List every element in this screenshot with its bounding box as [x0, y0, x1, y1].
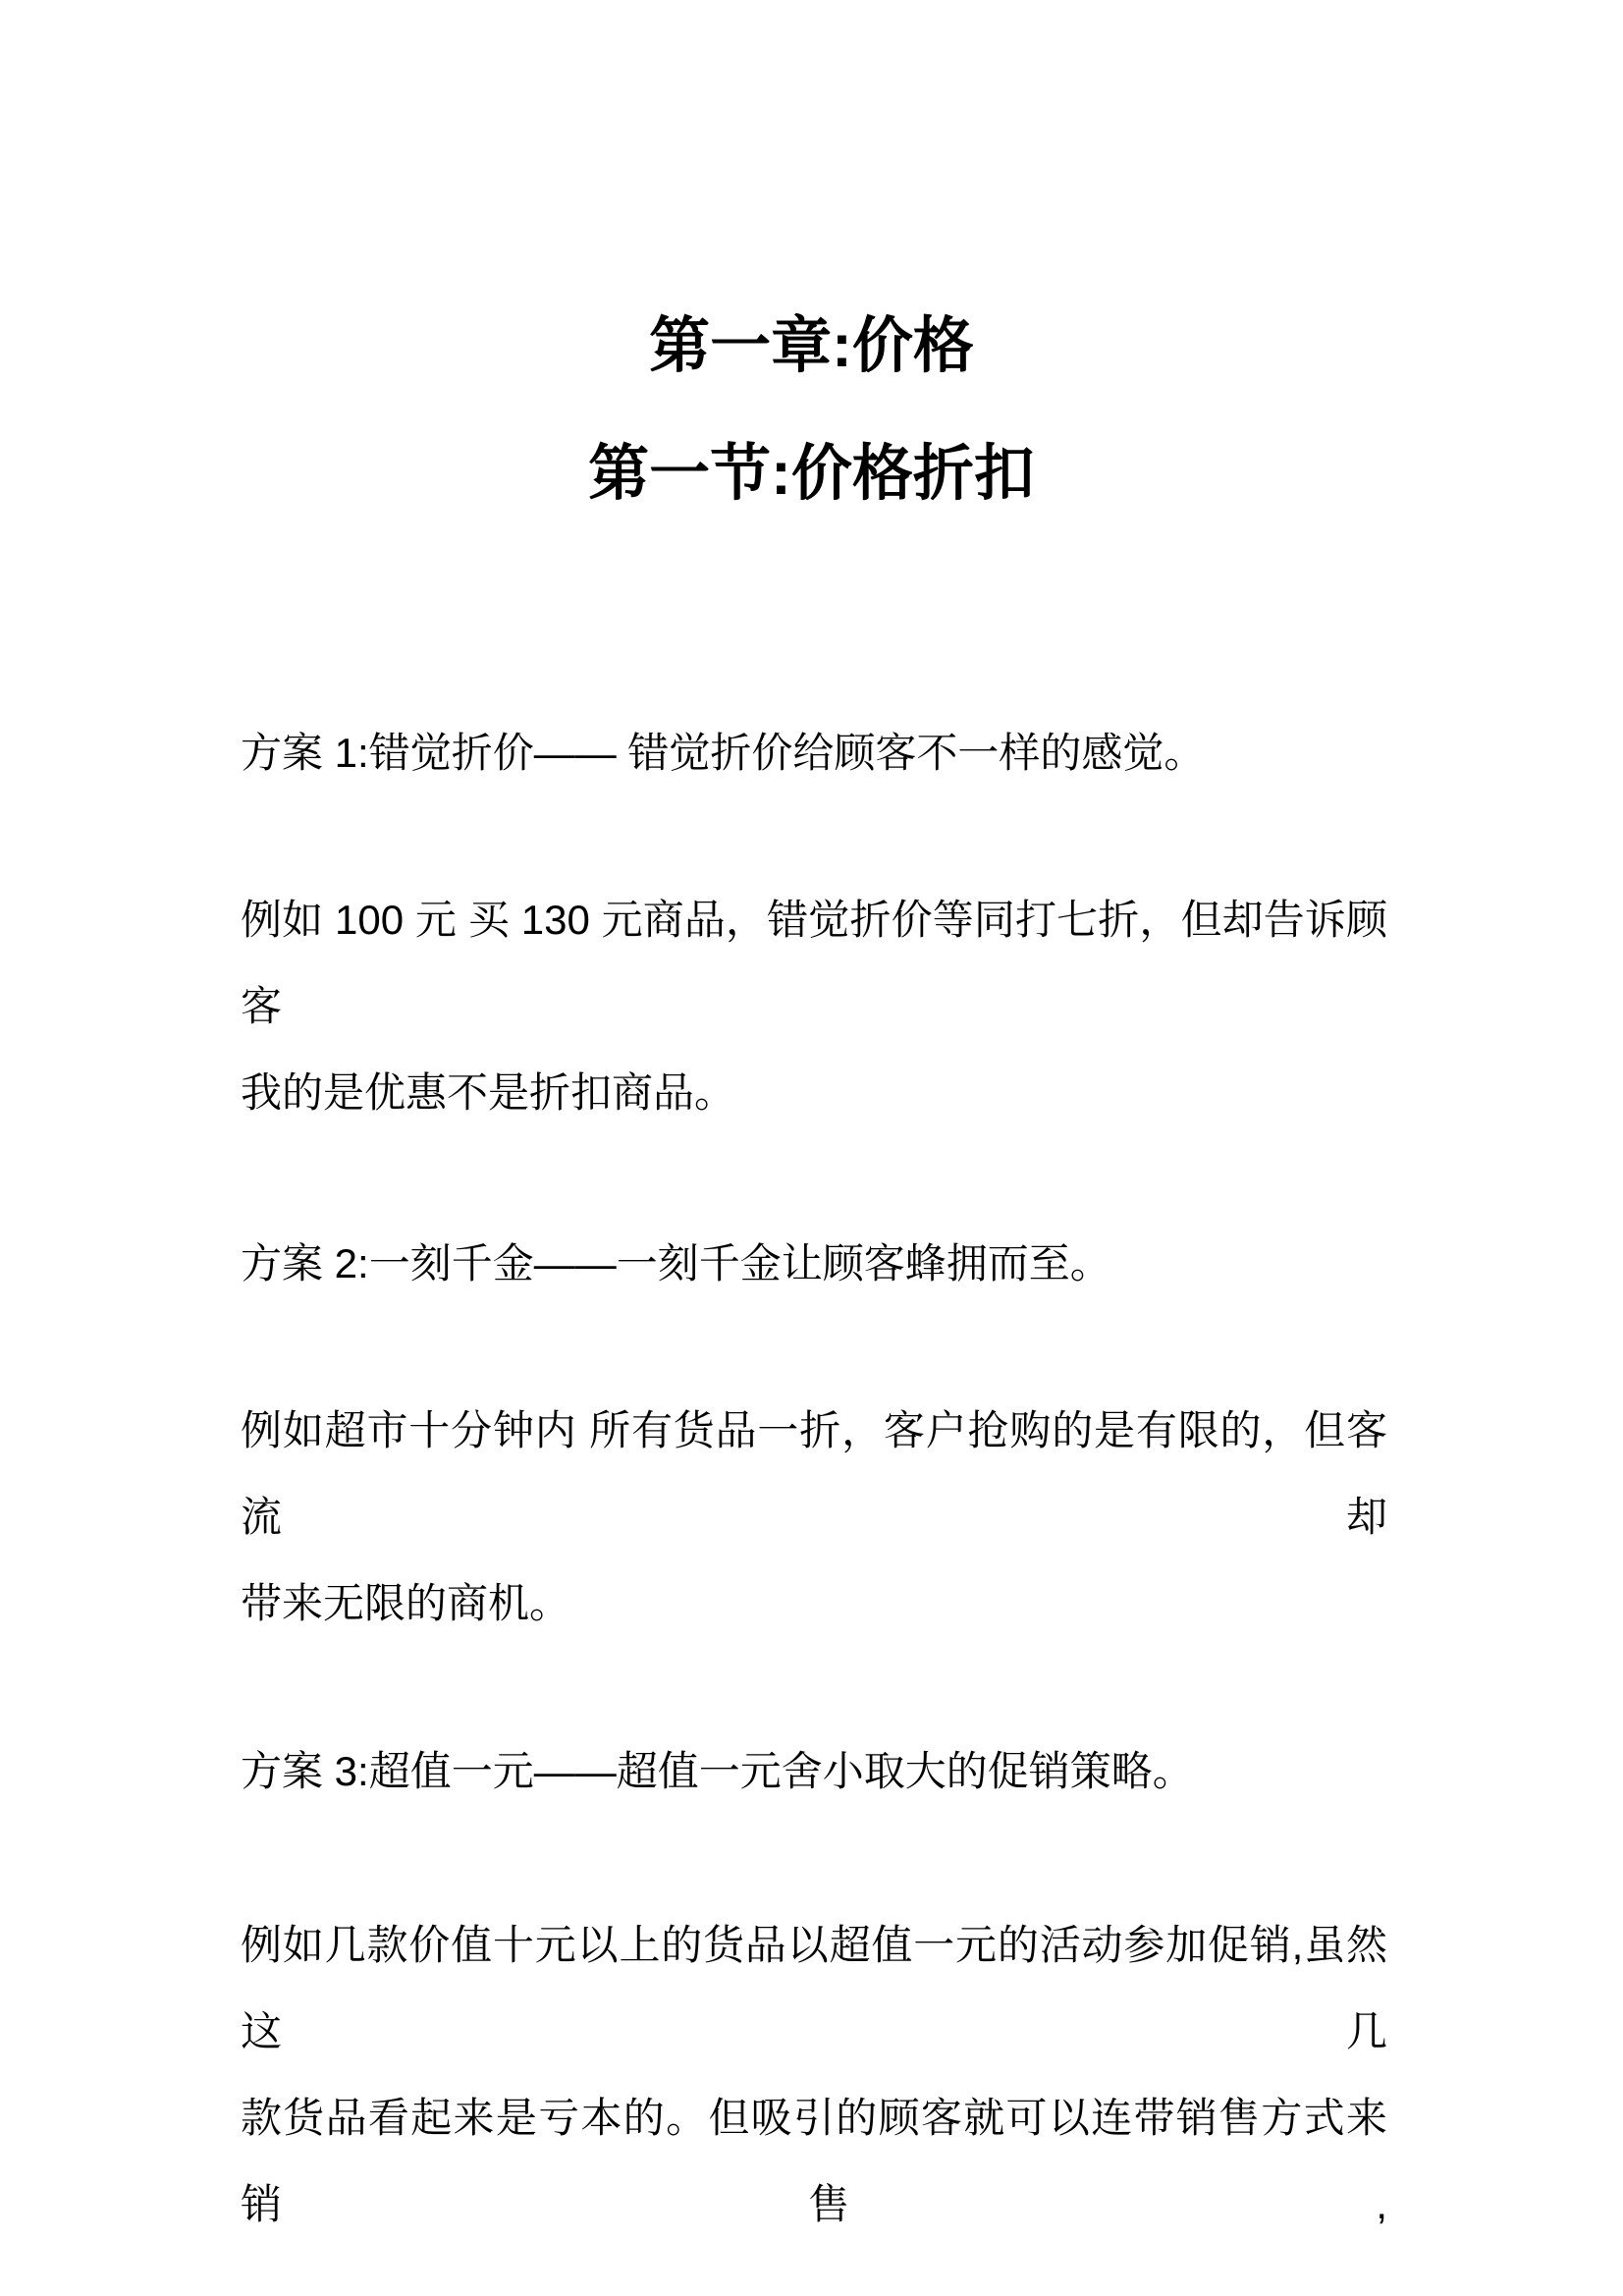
paragraph-line: 我的是优惠不是折扣商品。: [241, 1050, 1387, 1136]
paragraph-line: 款货品看起来是亏本的。但吸引的顾客就可以连带销售方式来销售,: [241, 2075, 1387, 2248]
paragraph-line: 方案 3:超值一元——超值一元舍小取大的促销策略。: [241, 1728, 1387, 1815]
paragraph-line: 例如几款价值十元以上的货品以超值一元的活动参加促销,虽然这几: [241, 1902, 1387, 2075]
paragraph-line: 例如超市十分钟内 所有货品一折，客户抢购的是有限的，但客流却: [241, 1388, 1387, 1560]
paragraph-line: 例如 100 元 买 130 元商品，错觉折价等同打七折，但却告诉顾客: [241, 877, 1387, 1050]
chapter-title: 第一章:价格: [0, 310, 1623, 383]
paragraph-plan-1-example: 例如 100 元 买 130 元商品，错觉折价等同打七折，但却告诉顾客 我的是优…: [241, 877, 1387, 1136]
paragraph-plan-2-title: 方案 2:一刻千金——一刻千金让顾客蜂拥而至。: [241, 1221, 1387, 1307]
paragraph-plan-2-example: 例如超市十分钟内 所有货品一折，客户抢购的是有限的，但客流却 带来无限的商机。: [241, 1388, 1387, 1647]
paragraph-plan-1-title: 方案 1:错觉折价—— 错觉折价给顾客不一样的感觉。: [241, 710, 1387, 796]
paragraph-line: 带来无限的商机。: [241, 1560, 1387, 1647]
paragraph-line: 方案 1:错觉折价—— 错觉折价给顾客不一样的感觉。: [241, 710, 1387, 796]
paragraph-plan-3-title: 方案 3:超值一元——超值一元舍小取大的促销策略。: [241, 1728, 1387, 1815]
paragraph-line: 方案 2:一刻千金——一刻千金让顾客蜂拥而至。: [241, 1221, 1387, 1307]
document-page: 第一章:价格 第一节:价格折扣 方案 1:错觉折价—— 错觉折价给顾客不一样的感…: [0, 0, 1623, 2296]
paragraph-plan-3-example: 例如几款价值十元以上的货品以超值一元的活动参加促销,虽然这几 款货品看起来是亏本…: [241, 1902, 1387, 2248]
section-title: 第一节:价格折扣: [0, 438, 1623, 511]
